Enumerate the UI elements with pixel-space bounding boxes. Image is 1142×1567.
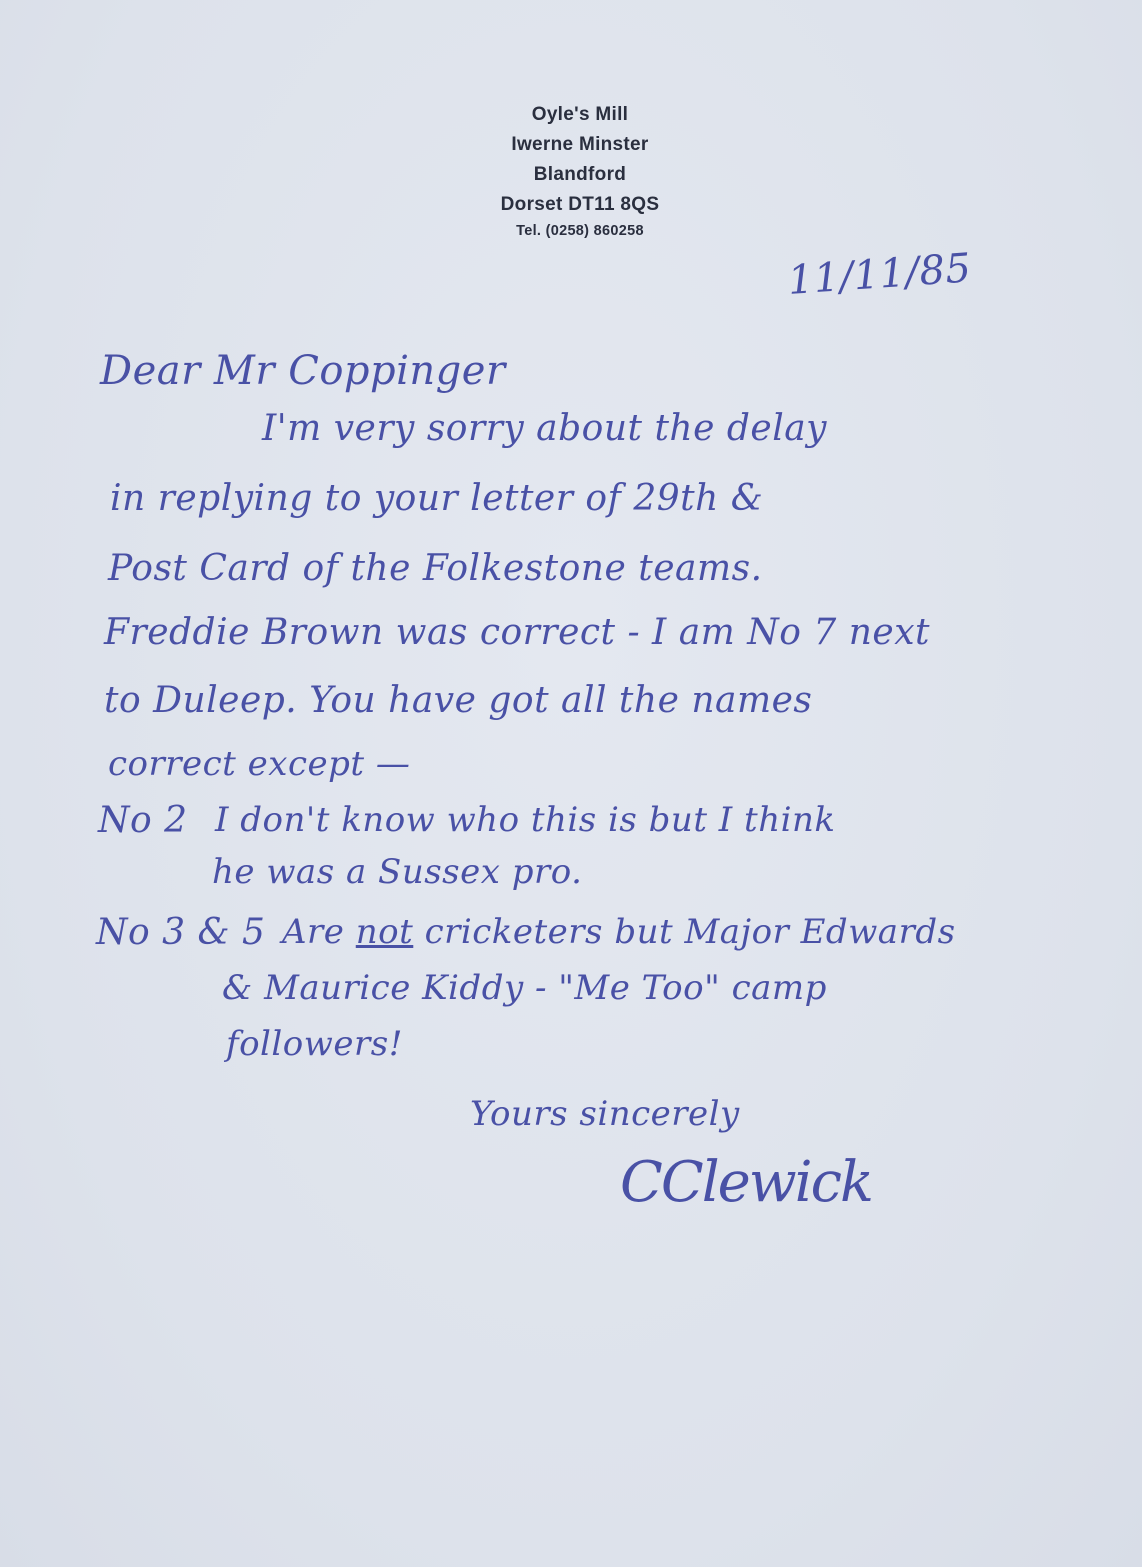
letterhead-house: Oyle's Mill [440,100,720,130]
salutation: Dear Mr Coppinger [100,348,506,394]
note-label-no2: No 2 [98,800,188,841]
letterhead-telephone: Tel. (0258) 860258 [440,220,720,242]
letter-paper: Oyle's Mill Iwerne Minster Blandford Dor… [0,0,1142,1567]
letter-date: 11/11/85 [786,245,972,304]
body-line: in replying to your letter of 29th & [110,478,763,519]
closing: Yours sincerely [470,1094,740,1134]
note-emphasis: not [356,912,414,952]
note-text: & Maurice Kiddy - "Me Too" camp [222,968,827,1008]
note-text: followers! [226,1024,403,1064]
signature: CClewick [620,1150,872,1215]
body-line: Post Card of the Folkestone teams. [108,548,763,589]
note-text-pre: Are [282,912,356,952]
letterhead-village: Iwerne Minster [440,130,720,160]
letterhead-county-postcode: Dorset DT11 8QS [440,190,720,220]
letterhead-town: Blandford [440,160,720,190]
note-label-no3-5: No 3 & 5 [96,912,265,953]
note-text-post: cricketers but Major Edwards [413,912,955,952]
body-line: to Duleep. You have got all the names [104,680,812,721]
body-line: I'm very sorry about the delay [262,408,827,449]
note-text: Are not cricketers but Major Edwards [282,912,956,952]
note-text: I don't know who this is but I think [215,800,835,840]
note-text: he was a Sussex pro. [212,852,582,892]
body-line: correct except — [108,744,410,784]
body-line: Freddie Brown was correct - I am No 7 ne… [104,612,930,653]
letterhead: Oyle's Mill Iwerne Minster Blandford Dor… [440,100,720,242]
